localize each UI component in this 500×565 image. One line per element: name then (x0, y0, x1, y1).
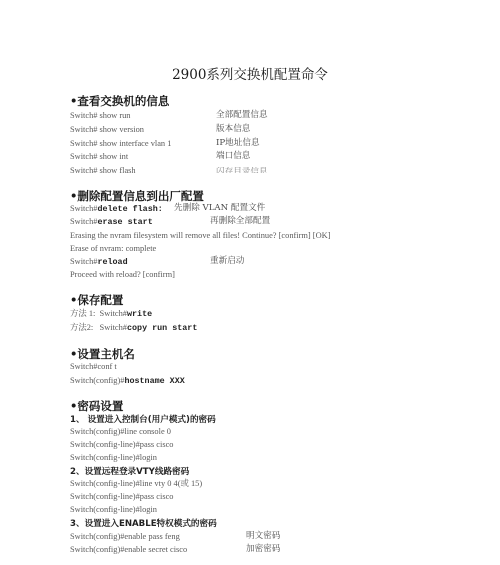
command-line: Switch(config-line)#pass cisco (70, 491, 174, 502)
section-heading-save-config: •保存配置 (70, 292, 123, 308)
command-line: Switch# show version (70, 124, 144, 135)
output-line: Erase of nvram: complete (70, 243, 156, 254)
command-line: Switch#conf t (70, 361, 117, 372)
command-line: Switch#delete flash: (70, 203, 163, 215)
command-note: 明文密码 (246, 531, 280, 542)
command-line: Switch(config)#enable pass feng (70, 531, 180, 542)
command-line: Switch(config)#enable secret cisco (70, 544, 187, 555)
output-line: Erasing the nvram filesystem will remove… (70, 230, 330, 241)
command-prefix: Switch# (70, 217, 97, 226)
command-note: IP地址信息 (216, 138, 260, 149)
method-label: 方法 1: (70, 309, 95, 318)
command-note: 全部配置信息 (216, 110, 268, 121)
method-label: 方法2: (70, 323, 93, 332)
command-prefix: Switch(config)# (70, 376, 124, 385)
command-keyword: copy run start (127, 323, 197, 333)
command-prefix: Switch# (100, 323, 127, 332)
command-prefix: Switch# (70, 257, 97, 266)
command-keyword: delete flash: (97, 204, 162, 214)
command-line: Switch#reload (70, 256, 128, 268)
command-line: Switch# show interface vlan 1 (70, 138, 171, 149)
command-prefix: Switch# (70, 204, 97, 213)
subsection-title-vty: 2、设置远程登录VTY线路密码 (70, 465, 189, 477)
subsection-title-enable: 3、设置进入ENABLE特权模式的密码 (70, 517, 217, 529)
document-page: 2900系列交换机配置命令 •查看交换机的信息 Switch# show run… (0, 0, 500, 565)
command-keyword: reload (97, 257, 127, 267)
command-line: Switch(config-line)#line vty 0 4(或 15) (70, 478, 202, 489)
command-line: Switch# show flash (70, 165, 136, 176)
command-line: Switch#erase start (70, 216, 153, 228)
command-note: 版本信息 (216, 124, 250, 135)
output-line: Proceed with reload? [confirm] (70, 269, 175, 280)
section-heading-view-info: •查看交换机的信息 (70, 93, 169, 109)
command-line: Switch(config)#hostname XXX (70, 375, 185, 387)
subsection-title-console: 1、 设置进入控制台(用户模式)的密码 (70, 413, 216, 425)
command-line: Switch(config-line)#login (70, 504, 157, 515)
command-line: Switch(config-line)#login (70, 452, 157, 463)
command-note: 先删除 VLAN 配置文件 (174, 203, 265, 214)
command-note: 重新启动 (210, 256, 244, 267)
command-note: 加密密码 (246, 544, 280, 555)
command-line: Switch(config-line)#pass cisco (70, 439, 174, 450)
command-line: 方法 1: Switch#write (70, 308, 152, 320)
command-line: 方法2: Switch#copy run start (70, 322, 197, 334)
command-line: Switch(config)#line console 0 (70, 426, 171, 437)
page-title: 2900系列交换机配置命令 (0, 63, 500, 83)
command-note-clipped: 闪存目录信息 (216, 167, 268, 173)
section-heading-hostname: •设置主机名 (70, 346, 135, 362)
command-note: 端口信息 (216, 151, 250, 162)
command-keyword: hostname XXX (124, 376, 184, 386)
section-heading-factory-reset: •删除配置信息到出厂配置 (70, 188, 204, 204)
command-keyword: write (127, 309, 152, 319)
section-heading-password: •密码设置 (70, 398, 123, 414)
command-line: Switch# show int (70, 151, 128, 162)
command-line: Switch# show run (70, 110, 131, 121)
command-prefix: Switch# (100, 309, 127, 318)
command-note: 再删除全部配置 (210, 216, 270, 227)
command-keyword: erase start (97, 217, 152, 227)
